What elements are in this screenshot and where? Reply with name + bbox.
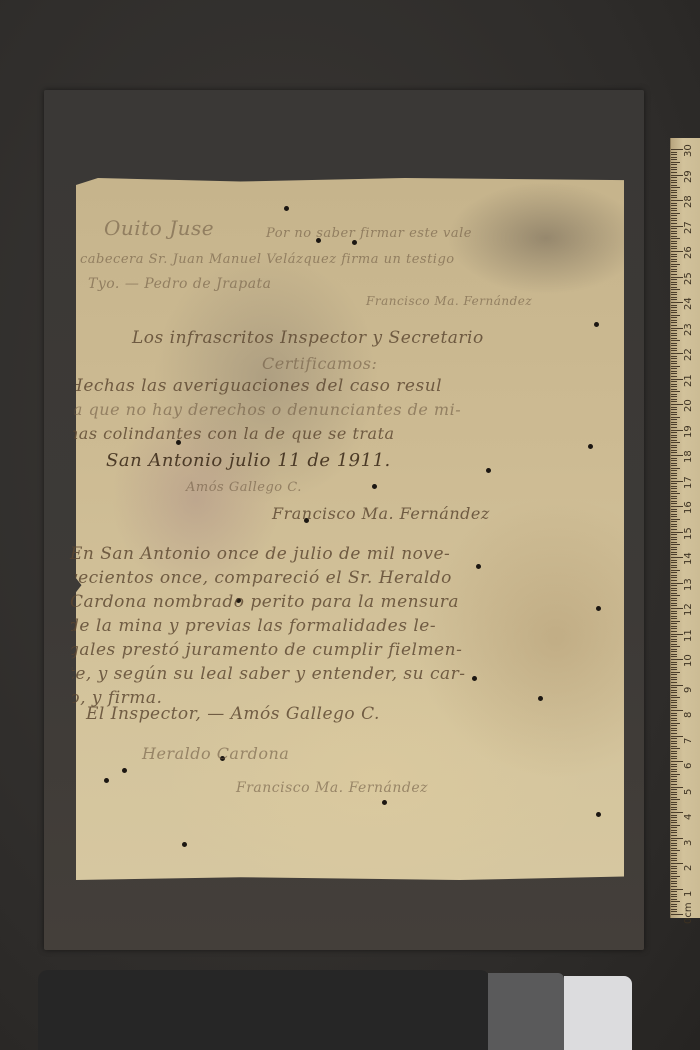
ruler-tick	[671, 702, 677, 703]
ruler-tick	[671, 700, 677, 701]
ruler-tick	[671, 238, 680, 239]
ruler-tick	[671, 838, 683, 839]
ruler-tick	[671, 871, 677, 872]
ruler-tick	[671, 386, 677, 387]
ruler-tick	[671, 450, 677, 451]
ruler-tick	[671, 682, 677, 683]
ruler-tick	[671, 187, 680, 188]
ruler-tick	[671, 577, 677, 578]
ruler-number: 24	[683, 290, 694, 310]
ruler-number: 11	[683, 622, 694, 642]
ruler-tick	[671, 353, 683, 354]
handwritten-line: Hechas las averiguaciones del caso resul	[68, 376, 442, 396]
handwritten-line: El Inspector, — Amós Gallego C.	[86, 704, 380, 724]
handwritten-line: Tyo. — Pedro de Jrapata	[88, 276, 272, 292]
ruler-tick	[671, 445, 677, 446]
ruler-tick	[671, 320, 677, 321]
ruler-tick	[671, 152, 677, 153]
paper-hole	[588, 444, 593, 449]
ruler-tick	[671, 205, 677, 206]
ruler-tick	[671, 465, 677, 466]
ruler-tick	[671, 825, 680, 826]
ruler-tick	[671, 636, 677, 637]
ruler-tick	[671, 784, 677, 785]
ruler-tick	[671, 256, 677, 257]
ruler-tick	[671, 672, 680, 673]
ruler-tick	[671, 447, 677, 448]
ruler-tick	[671, 792, 677, 793]
ruler-tick	[671, 631, 677, 632]
ruler-tick	[671, 361, 677, 362]
ruler-tick	[671, 417, 680, 418]
paper-hole	[476, 564, 481, 569]
ruler-tick	[671, 575, 677, 576]
ruler-tick	[671, 585, 677, 586]
ruler-tick	[671, 542, 677, 543]
ruler-tick	[671, 409, 677, 410]
paper-hole	[472, 676, 477, 681]
ruler-tick	[671, 228, 677, 229]
paper-hole	[596, 812, 601, 817]
ruler-tick	[671, 243, 677, 244]
paper-hole	[104, 778, 109, 783]
ruler-tick	[671, 157, 677, 158]
color-card-dark	[38, 970, 490, 1050]
ruler-tick	[671, 667, 677, 668]
ruler-tick	[671, 662, 677, 663]
ruler-tick	[671, 424, 677, 425]
ruler-number: 5	[683, 775, 694, 795]
ruler-tick	[671, 442, 680, 443]
ruler-tick	[671, 526, 677, 527]
ruler-tick	[671, 743, 677, 744]
ruler-tick	[671, 226, 683, 227]
ruler-tick	[671, 850, 680, 851]
ruler-tick	[671, 376, 677, 377]
ruler-tick	[671, 491, 677, 492]
ruler-tick	[671, 317, 677, 318]
ruler-tick	[671, 756, 677, 757]
ruler-tick	[671, 396, 677, 397]
ruler-number: 16	[683, 494, 694, 514]
ruler-tick	[671, 493, 680, 494]
ruler-tick	[671, 289, 680, 290]
ruler-tick	[671, 593, 677, 594]
ruler-tick	[671, 758, 677, 759]
ruler-tick	[671, 769, 677, 770]
ruler-tick	[671, 802, 677, 803]
ruler-tick	[671, 343, 677, 344]
handwritten-line: cabecera Sr. Juan Manuel Velázquez firma…	[80, 252, 455, 267]
ruler-tick	[671, 529, 677, 530]
ruler-tick	[671, 481, 683, 482]
paper-hole	[182, 842, 187, 847]
ruler-tick	[671, 832, 677, 833]
ruler-tick	[671, 328, 683, 329]
ruler-tick	[671, 468, 680, 469]
ruler-tick	[671, 200, 683, 201]
paper-hole	[594, 322, 599, 327]
ruler-number: 26	[683, 239, 694, 259]
ruler-tick	[671, 496, 677, 497]
ruler-tick	[671, 197, 677, 198]
ruler-tick	[671, 889, 683, 890]
ruler-tick	[671, 580, 677, 581]
ruler-number: 18	[683, 443, 694, 463]
ruler-tick	[671, 873, 677, 874]
ruler-tick	[671, 713, 677, 714]
ruler-tick	[671, 815, 677, 816]
ruler-tick	[671, 853, 677, 854]
ruler-tick	[671, 766, 677, 767]
ruler-tick	[671, 302, 683, 303]
ruler-number: 21	[683, 367, 694, 387]
ruler-tick	[671, 583, 683, 584]
ruler-tick	[671, 608, 683, 609]
handwritten-line: En San Antonio once de julio de mil nove…	[70, 544, 450, 564]
ruler-tick	[671, 299, 677, 300]
ruler-tick	[671, 855, 677, 856]
paper-hole	[382, 800, 387, 805]
handwritten-line: ta que no hay derechos o denunciantes de…	[66, 400, 461, 419]
ruler-tick	[671, 634, 683, 635]
ruler-tick	[671, 562, 677, 563]
ruler-tick	[671, 248, 677, 249]
handwritten-line: Los infrascritos Inspector y Secretario	[132, 328, 484, 348]
ruler-tick	[671, 628, 677, 629]
ruler-tick	[671, 720, 677, 721]
ruler-tick	[671, 164, 677, 165]
ruler-tick	[671, 728, 677, 729]
ruler-tick	[671, 697, 680, 698]
ruler-tick	[671, 705, 677, 706]
ruler-tick	[671, 516, 677, 517]
ruler-tick	[671, 639, 677, 640]
ruler-tick	[671, 809, 677, 810]
ruler-tick	[671, 333, 677, 334]
ruler-tick	[671, 310, 677, 311]
paper-hole	[538, 696, 543, 701]
ruler-tick	[671, 896, 677, 897]
ruler-tick	[671, 690, 677, 691]
ruler-tick	[671, 345, 677, 346]
ruler-tick	[671, 340, 680, 341]
ruler-tick	[671, 616, 677, 617]
ruler-tick	[671, 241, 677, 242]
ruler-tick	[671, 305, 677, 306]
ruler-tick	[671, 432, 677, 433]
ruler-tick	[671, 822, 677, 823]
ruler-tick	[671, 458, 677, 459]
ruler-tick	[671, 279, 677, 280]
ruler-tick	[671, 412, 677, 413]
ruler-tick	[671, 794, 677, 795]
ruler-number: 17	[683, 469, 694, 489]
ruler-tick	[671, 486, 677, 487]
paper-hole	[122, 768, 127, 773]
ruler-tick	[671, 167, 677, 168]
ruler-tick	[671, 473, 677, 474]
ruler-tick	[671, 437, 677, 438]
ruler-tick	[671, 501, 677, 502]
ruler-tick	[671, 848, 677, 849]
ruler-tick	[671, 797, 677, 798]
ruler-tick	[671, 175, 683, 176]
ruler-tick	[671, 220, 677, 221]
ruler-tick	[671, 208, 677, 209]
ruler-tick	[671, 845, 677, 846]
ruler-tick	[671, 435, 677, 436]
ruler-tick	[671, 605, 677, 606]
ruler-tick	[671, 570, 680, 571]
ruler-tick	[671, 384, 677, 385]
ruler-tick	[671, 572, 677, 573]
ruler-tick	[671, 338, 677, 339]
handwritten-line: de la mina y previas las formalidades le…	[68, 616, 436, 636]
ruler-tick	[671, 259, 677, 260]
ruler-tick	[671, 751, 677, 752]
ruler-tick	[671, 899, 677, 900]
ruler-tick	[671, 223, 677, 224]
ruler-tick	[671, 733, 677, 734]
ruler-number: 27	[683, 214, 694, 234]
ruler-tick	[671, 860, 677, 861]
ruler-tick	[671, 162, 680, 163]
ruler-tick	[671, 590, 677, 591]
ruler-tick	[671, 715, 677, 716]
ruler-tick	[671, 356, 677, 357]
ruler-tick	[671, 394, 677, 395]
ruler-tick	[671, 909, 677, 910]
ruler-tick	[671, 549, 677, 550]
ruler-tick	[671, 560, 677, 561]
ruler-number: 13	[683, 571, 694, 591]
ruler-tick	[671, 771, 677, 772]
ruler-tick	[671, 422, 677, 423]
ruler-tick	[671, 195, 677, 196]
ruler-tick	[671, 595, 680, 596]
ruler-tick	[671, 906, 677, 907]
measurement-ruler: 0cm1234567891011121314151617181920212223…	[670, 138, 700, 918]
ruler-number: 2	[683, 851, 694, 871]
handwritten-line: Francisco Ma. Fernández	[366, 294, 532, 308]
ruler-tick	[671, 358, 677, 359]
ruler-number: 22	[683, 341, 694, 361]
ruler-tick	[671, 618, 677, 619]
ruler-tick	[671, 312, 677, 313]
ruler-tick	[671, 246, 677, 247]
ruler-number: 3	[683, 826, 694, 846]
ruler-tick	[671, 830, 677, 831]
ruler-tick	[671, 537, 677, 538]
ruler-tick	[671, 736, 683, 737]
ruler-tick	[671, 565, 677, 566]
ruler-tick	[671, 664, 677, 665]
ruler-tick	[671, 876, 680, 877]
ruler-tick	[671, 827, 677, 828]
ruler-tick	[671, 322, 677, 323]
ruler-tick	[671, 236, 677, 237]
ruler-number: 14	[683, 545, 694, 565]
ruler-tick	[671, 598, 677, 599]
ruler-tick	[671, 463, 677, 464]
ruler-tick	[671, 812, 683, 813]
ruler-tick	[671, 509, 677, 510]
ruler-tick	[671, 277, 683, 278]
ruler-number: 30	[683, 137, 694, 157]
ruler-tick	[671, 159, 677, 160]
ruler-tick	[671, 904, 677, 905]
ruler-tick	[671, 534, 677, 535]
ruler-number: 19	[683, 418, 694, 438]
ruler-tick	[671, 641, 677, 642]
ruler-tick	[671, 723, 680, 724]
ruler-tick	[671, 294, 677, 295]
ruler-tick	[671, 776, 677, 777]
ruler-tick	[671, 180, 677, 181]
ruler-tick	[671, 231, 677, 232]
ruler-tick	[671, 475, 677, 476]
ruler-tick	[671, 611, 677, 612]
ruler-number: 1	[683, 877, 694, 897]
ruler-number: 6	[683, 749, 694, 769]
ruler-tick	[671, 185, 677, 186]
ruler-tick	[671, 883, 677, 884]
ruler-tick	[671, 621, 680, 622]
ruler-tick	[671, 674, 677, 675]
ruler-tick	[671, 817, 677, 818]
ruler-tick	[671, 552, 677, 553]
ruler-tick	[671, 373, 677, 374]
ruler-tick	[671, 149, 683, 150]
ruler-tick	[671, 588, 677, 589]
ruler-tick	[671, 440, 677, 441]
ruler-tick	[671, 753, 677, 754]
ruler-tick	[671, 251, 683, 252]
ruler-number: 10	[683, 647, 694, 667]
ruler-tick	[671, 807, 677, 808]
handwritten-line: Por no saber firmar este vale	[266, 226, 472, 241]
ruler-tick	[671, 863, 683, 864]
ruler-tick	[671, 190, 677, 191]
ruler-tick	[671, 764, 677, 765]
ruler-tick	[671, 261, 677, 262]
ruler-tick	[671, 524, 677, 525]
ruler-tick	[671, 488, 677, 489]
ruler-tick	[671, 503, 677, 504]
ruler-tick	[671, 891, 677, 892]
ruler-tick	[671, 254, 677, 255]
ruler-tick	[671, 521, 677, 522]
ruler-tick	[671, 649, 677, 650]
ruler-tick	[671, 707, 677, 708]
ruler-number: 15	[683, 520, 694, 540]
ruler-tick	[671, 514, 677, 515]
ruler-tick	[671, 804, 677, 805]
ruler-tick	[671, 799, 680, 800]
ruler-tick	[671, 177, 677, 178]
ruler-tick	[671, 430, 683, 431]
ruler-tick	[671, 781, 677, 782]
ruler-tick	[671, 192, 677, 193]
ruler-tick	[671, 315, 680, 316]
ruler-tick	[671, 335, 677, 336]
ruler-tick	[671, 651, 677, 652]
ruler-tick	[671, 725, 677, 726]
ruler-number: 9	[683, 673, 694, 693]
ruler-tick	[671, 820, 677, 821]
ruler-tick	[671, 371, 677, 372]
ruler-number: 12	[683, 596, 694, 616]
ruler-tick	[671, 685, 683, 686]
ruler-tick	[671, 218, 677, 219]
ruler-number: 28	[683, 188, 694, 208]
ruler-unit-label: 0cm	[683, 904, 694, 924]
ruler-tick	[671, 644, 677, 645]
handwritten-line: Cardona nombrado perito para la mensura	[70, 592, 459, 612]
ruler-tick	[671, 506, 683, 507]
ruler-tick	[671, 626, 677, 627]
ruler-tick	[671, 843, 677, 844]
handwritten-line: San Antonio julio 11 de 1911.	[106, 450, 391, 471]
handwritten-line: Francisco Ma. Fernández	[236, 780, 428, 796]
ruler-tick	[671, 401, 677, 402]
ruler-tick	[671, 886, 677, 887]
ruler-tick	[671, 878, 677, 879]
paper-hole	[596, 606, 601, 611]
handwritten-line: te, y según su leal saber y entender, su…	[68, 664, 466, 684]
ruler-tick	[671, 544, 680, 545]
color-card-white	[564, 976, 632, 1050]
ruler-tick	[671, 154, 677, 155]
ruler-number: 20	[683, 392, 694, 412]
ruler-tick	[671, 404, 683, 405]
ruler-tick	[671, 366, 680, 367]
ruler-tick	[671, 539, 677, 540]
handwritten-line: Amós Gallego C.	[186, 480, 302, 495]
color-card-gray	[488, 973, 564, 1050]
ruler-tick	[671, 687, 677, 688]
ruler-tick	[671, 866, 677, 867]
handwritten-line: vecientos once, compareció el Sr. Herald…	[68, 568, 452, 588]
ruler-tick	[671, 379, 683, 380]
ruler-tick	[671, 391, 680, 392]
handwritten-line: Certificamos:	[262, 354, 377, 373]
ruler-tick	[671, 483, 677, 484]
ruler-tick	[671, 519, 680, 520]
ruler-number: 25	[683, 265, 694, 285]
ruler-tick	[671, 692, 677, 693]
handwritten-line: Heraldo Cardona	[142, 744, 289, 763]
ruler-tick	[671, 325, 677, 326]
ruler-tick	[671, 623, 677, 624]
ruler-number: 29	[683, 163, 694, 183]
ruler-tick	[671, 746, 677, 747]
ruler-tick	[671, 748, 680, 749]
ruler-tick	[671, 774, 680, 775]
handwritten-line: Francisco Ma. Fernández	[272, 504, 490, 523]
ruler-tick	[671, 600, 677, 601]
ruler-tick	[671, 350, 677, 351]
ruler-tick	[671, 914, 683, 915]
ruler-tick	[671, 567, 677, 568]
ruler-tick	[671, 532, 683, 533]
ruler-tick	[671, 399, 677, 400]
ruler-tick	[671, 213, 680, 214]
ruler-tick	[671, 695, 677, 696]
ruler-tick	[671, 172, 677, 173]
ruler-tick	[671, 287, 677, 288]
